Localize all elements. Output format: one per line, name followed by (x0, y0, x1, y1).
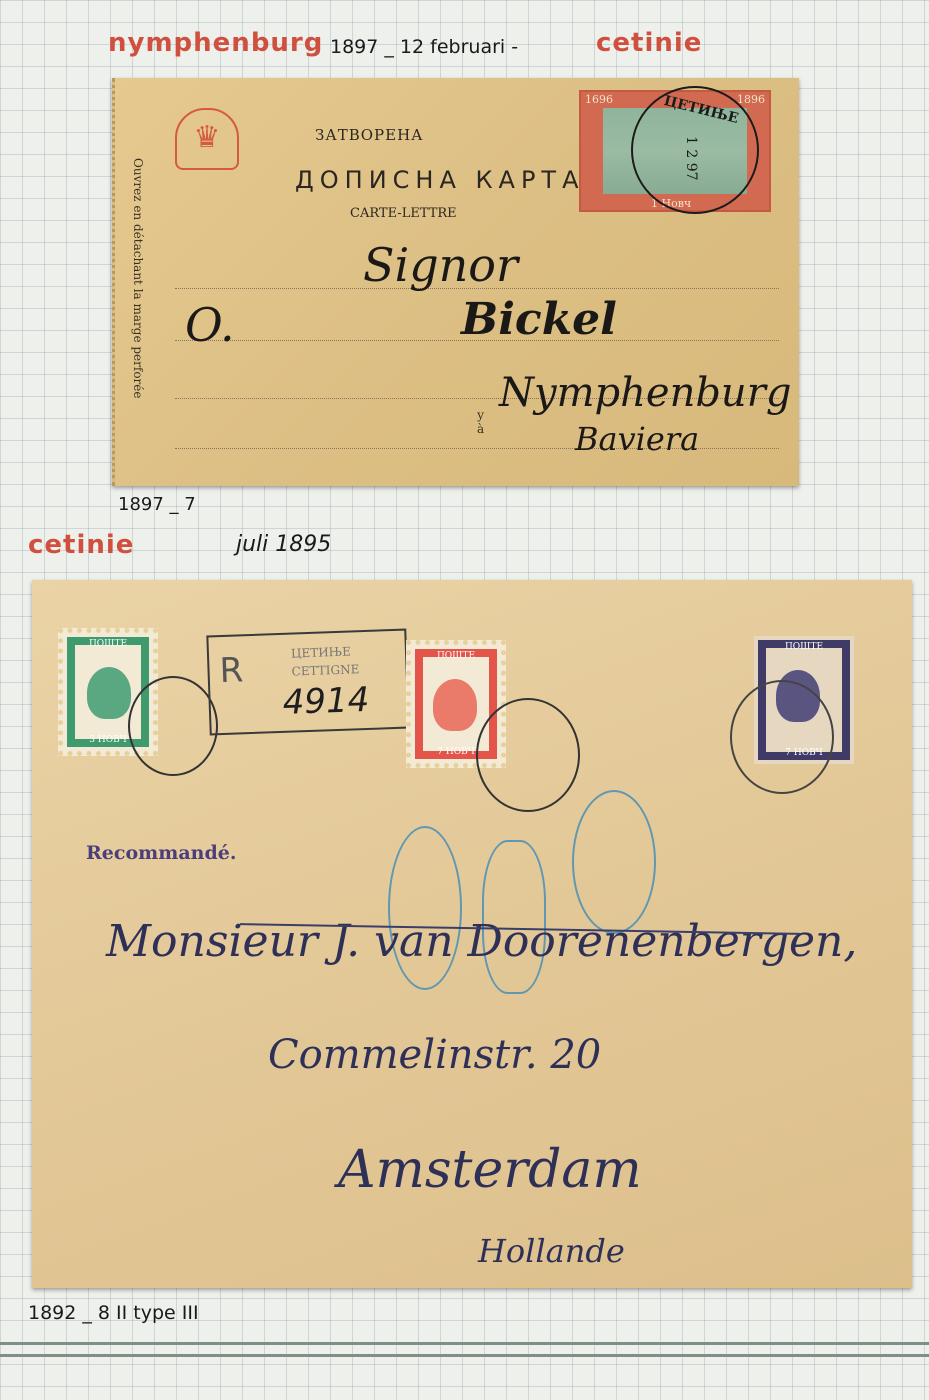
annotation-place: cetinie (28, 530, 134, 560)
printed-stamp-imprint: 1696 1896 1 Новч ЦЕТИЊЕ 1 2 97 (579, 90, 771, 212)
registration-city-latin: CETTIGNE (291, 662, 359, 678)
page-rule (0, 1342, 929, 1345)
annotation-date: 1897 _ 12 februari - (330, 36, 518, 58)
stamp-top-text: ПОШТЕ (63, 639, 153, 649)
address-salutation: Signor (363, 238, 518, 292)
prince-nikola-portrait (433, 679, 477, 731)
printed-prefix: у à (477, 408, 484, 436)
address-street: Commelinstr. 20 (268, 1032, 601, 1078)
imprint-year-right: 1896 (737, 93, 765, 106)
prefix-cyrillic: у (477, 408, 484, 422)
stamp-top-text: ПОШТЕ (754, 642, 854, 652)
postmark (730, 680, 834, 794)
registration-number: 4914 (282, 680, 370, 723)
perforation-instruction: Ouvrez en détachant la marge perforée (125, 158, 145, 458)
imprint-year-left: 1696 (585, 93, 613, 106)
address-country: Hollande (478, 1232, 625, 1270)
page-rule (0, 1354, 929, 1357)
postmark (476, 698, 580, 812)
card-title-cyrillic-1: ЗАТВОРЕНА (315, 126, 424, 144)
postmark-city: ЦЕТИЊЕ (662, 93, 740, 127)
stamp-top-text: ПОШТЕ (411, 651, 501, 661)
registration-label: R ЦЕТИЊЕ CETTIGNE 4914 (206, 629, 409, 736)
postmark-date: 1 2 97 (683, 136, 699, 181)
blue-crayon-mark (572, 790, 656, 934)
address-recipient: Monsieur J. van Doorenenbergen, (106, 916, 857, 967)
annotation-origin: nymphenburg (108, 28, 323, 58)
address-city: Amsterdam (338, 1140, 642, 1200)
card-title-cyrillic-2: ДОПИСНА КАРТА (295, 166, 585, 194)
address-initial: O. (185, 298, 235, 352)
recommande-handstamp: Recommandé. (86, 842, 236, 864)
cetinje-postmark: ЦЕТИЊЕ 1 2 97 (631, 86, 759, 214)
address-city: Nymphenburg (499, 370, 791, 416)
prince-nikola-portrait (87, 667, 131, 719)
prefix-french: à (477, 422, 484, 436)
card-caption: 1897 _ 7 (118, 494, 196, 515)
address-name: Bickel (461, 294, 617, 345)
address-region: Baviera (575, 420, 699, 458)
footer-annotation: 1892 _ 8 II type III (28, 1302, 199, 1324)
annotation-destination: cetinie (596, 28, 702, 58)
letter-card: Ouvrez en détachant la marge perforée ♛ … (112, 78, 799, 486)
card-title-french: CARTE-LETTRE (350, 206, 457, 221)
postmark (128, 676, 218, 776)
registration-city-cyrillic: ЦЕТИЊЕ (291, 644, 351, 660)
annotation-date-2: juli 1895 (236, 532, 331, 557)
coat-of-arms-icon: ♛ (175, 108, 239, 170)
registration-letter: R (219, 650, 244, 691)
